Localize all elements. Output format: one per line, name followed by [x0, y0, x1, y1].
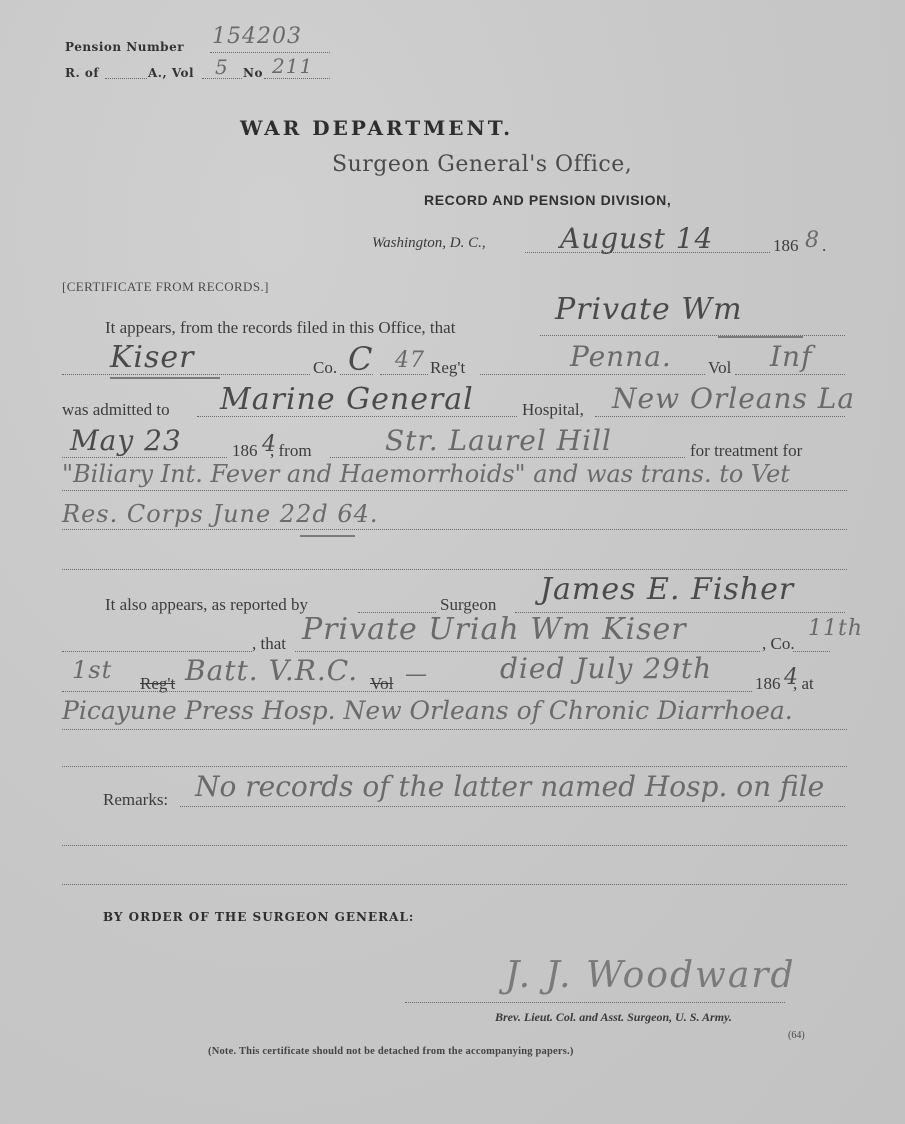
pension-number-line — [210, 52, 330, 53]
year-period: . — [822, 236, 826, 256]
also-appears-text: It also appears, as reported by — [105, 595, 308, 615]
report-co-label: , Co. — [762, 634, 795, 654]
regt-number: 47 — [395, 348, 425, 373]
place-line — [62, 729, 847, 730]
vol-value: 5 — [215, 55, 229, 79]
form-number: (64) — [788, 1030, 805, 1041]
no-line — [264, 78, 330, 79]
soldier-rank-name: Private Wm — [555, 292, 743, 327]
certificate-title: [CERTIFICATE FROM RECORDS.] — [62, 279, 269, 295]
blank-line-2 — [62, 766, 847, 767]
office-title: Surgeon General's Office, — [332, 152, 632, 177]
signer-title: Brev. Lieut. Col. and Asst. Surgeon, U. … — [495, 1010, 732, 1025]
from-value: Str. Laurel Hill — [385, 424, 612, 457]
place-label: Washington, D. C., — [372, 235, 486, 252]
unit-value: Batt. V.R.C. — [185, 654, 358, 687]
remarks-line — [180, 806, 845, 807]
year-suffix: 8 — [805, 228, 820, 253]
a-vol-label: A., Vol — [148, 66, 194, 80]
at-label: , at — [793, 674, 814, 694]
r-of-label: R. of — [65, 66, 99, 80]
appears-text: It appears, from the records filed in th… — [105, 318, 455, 338]
from-line — [330, 457, 685, 458]
regt-label-struck: Reg't — [140, 674, 175, 694]
date-underline — [300, 535, 355, 537]
co-label: Co. — [313, 358, 337, 378]
vol-label-struck: Vol — [370, 674, 393, 694]
remarks-value: No records of the latter named Hosp. on … — [195, 770, 824, 803]
remarks-line-3 — [62, 884, 847, 885]
that-label: , that — [252, 634, 286, 654]
vol-value: Inf — [770, 340, 812, 373]
that-prefix-line — [62, 651, 252, 652]
admit-date-line — [62, 457, 227, 458]
report-vol-value: — — [405, 662, 428, 687]
subject-name: Private Uriah Wm Kiser — [302, 612, 687, 647]
name-underline — [718, 336, 803, 338]
hospital-name: Marine General — [220, 382, 474, 417]
pension-number-value: 154203 — [212, 24, 302, 49]
treatment-text-2: Res. Corps June 22d 64. — [62, 500, 379, 528]
treatment-label: for treatment for — [690, 441, 802, 461]
date-handwritten: August 14 — [560, 222, 713, 255]
pension-number-label: Pension Number — [65, 40, 184, 54]
treatment-text-1: "Biliary Int. Fever and Haemorrhoids" an… — [62, 460, 790, 488]
admit-year-prefix: 186 — [232, 441, 258, 461]
death-year-prefix: 186 — [755, 674, 781, 694]
signature: J. J. Woodward — [505, 955, 796, 996]
co-value: C — [348, 340, 373, 378]
hospital-location-line — [595, 416, 845, 417]
state-line — [480, 374, 705, 375]
died-value: died July 29th — [500, 652, 712, 685]
department-title: WAR DEPARTMENT. — [240, 116, 513, 140]
no-value: 211 — [272, 54, 313, 78]
treatment-line-2 — [62, 529, 847, 530]
hospital-label: Hospital, — [522, 400, 584, 420]
admitted-label: was admitted to — [62, 400, 170, 420]
report-co-line — [793, 651, 830, 652]
no-label: No — [243, 66, 263, 80]
remarks-line-2 — [62, 845, 847, 846]
report-co-value: 11th — [808, 616, 863, 641]
hospital-location: New Orleans La — [612, 382, 855, 415]
detach-note: (Note. This certificate should not be de… — [208, 1046, 574, 1057]
remarks-label: Remarks: — [103, 790, 168, 810]
admit-date: May 23 — [70, 424, 182, 457]
vol-line — [735, 374, 845, 375]
year-prefix: 186 — [773, 236, 799, 256]
blank-line-1 — [62, 569, 847, 570]
regt-label: Reg't — [430, 358, 465, 378]
vol-label: Vol — [708, 358, 731, 378]
surname-underline — [110, 377, 220, 379]
division-title: RECORD AND PENSION DIVISION, — [424, 192, 671, 208]
surgeon-name: James E. Fisher — [540, 572, 794, 607]
death-place: Picayune Press Hosp. New Orleans of Chro… — [62, 696, 793, 725]
from-label: , from — [270, 441, 312, 461]
state-value: Penna. — [570, 340, 672, 373]
soldier-surname: Kiser — [110, 340, 195, 375]
regt-number-line — [380, 374, 428, 375]
r-of-line — [105, 78, 147, 79]
unit-prefix: 1st — [72, 656, 112, 684]
treatment-line-1 — [62, 490, 847, 491]
by-order-text: BY ORDER OF THE SURGEON GENERAL: — [103, 910, 414, 924]
signature-line — [405, 1002, 785, 1003]
